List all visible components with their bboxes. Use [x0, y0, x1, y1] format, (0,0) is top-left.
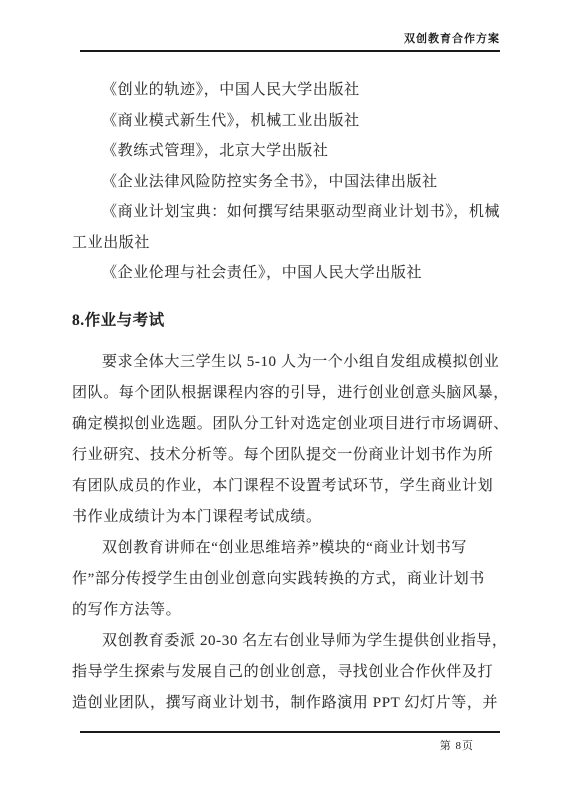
reference-line: 《商业模式新生代》，机械工业出版社	[72, 106, 502, 137]
paragraph-line: 造创业团队，撰写商业计划书，制作路演用 PPT 幻灯片等，并	[72, 688, 502, 719]
paragraph-line: 双创教育委派 20-30 名左右创业导师为学生提供创业指导，	[72, 626, 502, 657]
reference-line: 《创业的轨迹》，中国人民大学出版社	[72, 75, 502, 106]
paragraph-line: 书作业成绩计为本门课程考试成绩。	[72, 502, 502, 533]
reference-line: 《企业法律风险防控实务全书》，中国法律出版社	[72, 167, 502, 198]
reference-book-list: 《创业的轨迹》，中国人民大学出版社 《商业模式新生代》，机械工业出版社 《教练式…	[72, 75, 502, 289]
reference-line-wrap: 工业出版社	[72, 228, 502, 259]
page-header: 双创教育合作方案	[80, 30, 500, 52]
page-number: 第 8页	[440, 740, 474, 752]
reference-line: 《教练式管理》，北京大学出版社	[72, 136, 502, 167]
paragraph-line: 团队。每个团队根据课程内容的引导，进行创业创意头脑风暴，	[72, 378, 502, 409]
paragraph-line: 作”部分传授学生由创业创意向实践转换的方式，商业计划书	[72, 564, 502, 595]
document-page: 双创教育合作方案 《创业的轨迹》，中国人民大学出版社 《商业模式新生代》，机械工…	[0, 0, 566, 800]
paragraph-line: 确定模拟创业选题。团队分工针对选定创业项目进行市场调研、	[72, 409, 502, 440]
paragraph-line: 有团队成员的作业，本门课程不设置考试环节，学生商业计划	[72, 471, 502, 502]
header-title: 双创教育合作方案	[404, 33, 500, 45]
section-heading: 8.作业与考试	[72, 310, 502, 332]
reference-line: 《商业计划宝典：如何撰写结果驱动型商业计划书》，机械	[72, 197, 502, 228]
paragraph-line: 指导学生探索与发展自己的创业创意，寻找创业合作伙伴及打	[72, 657, 502, 688]
reference-line: 《企业伦理与社会责任》，中国人民大学出版社	[72, 258, 502, 289]
page-content: 《创业的轨迹》，中国人民大学出版社 《商业模式新生代》，机械工业出版社 《教练式…	[72, 75, 502, 719]
page-footer: 第 8页	[80, 731, 500, 753]
paragraph-line: 的写作方法等。	[72, 595, 502, 626]
section-body: 要求全体大三学生以 5-10 人为一个小组自发组成模拟创业 团队。每个团队根据课…	[72, 347, 502, 719]
paragraph-line: 行业研究、技术分析等。每个团队提交一份商业计划书作为所	[72, 440, 502, 471]
paragraph-line: 双创教育讲师在“创业思维培养”模块的“商业计划书写	[72, 533, 502, 564]
paragraph-line: 要求全体大三学生以 5-10 人为一个小组自发组成模拟创业	[72, 347, 502, 378]
